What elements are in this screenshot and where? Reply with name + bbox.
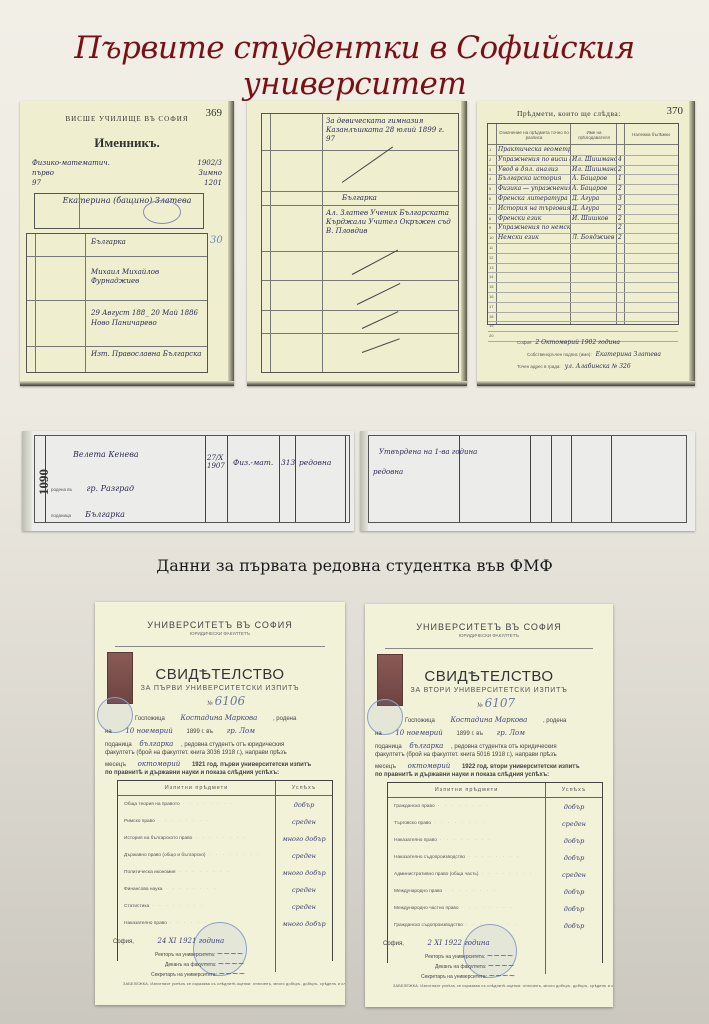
exam-subject: Обща теория на правото <box>124 802 180 807</box>
exam-subject: Финансова наука <box>124 887 162 892</box>
exam-subject: Административно право (обща часть) <box>394 872 478 877</box>
exam-subject: Статистика <box>124 904 149 909</box>
exam-subject: Гражданско право <box>394 804 435 809</box>
birth-date: 10 ноемврий <box>395 729 442 737</box>
subject-row: 15 <box>488 283 678 293</box>
col-teacher: Име на прѣподавателя <box>572 130 616 140</box>
field-semester: Зимно <box>199 169 223 177</box>
certificate-title: СВИДѢТЕЛСТВО <box>365 668 613 685</box>
exam-grade: много добър <box>276 869 332 877</box>
subject-name: Немски език <box>498 234 570 241</box>
teacher-name: Л. Бояджиев <box>572 234 616 241</box>
subject-row: 5Физика — упражненияА. Бацаров2 <box>488 185 678 195</box>
grading-note: ЗАБЕЛЕЖКА. Изпитният успѣхъ се изразява … <box>393 984 613 988</box>
exam-subject: Търговско право <box>394 821 431 826</box>
exam-grade: много добър <box>276 920 332 928</box>
col-subject: Изпитни прѣдмети <box>118 781 276 795</box>
book-number: 313 <box>281 458 295 467</box>
hours: 3 <box>618 195 622 202</box>
exam-month: октомврий <box>408 762 451 770</box>
ledger-right: Утвърдена на 1-ва година редовна <box>360 431 695 531</box>
row-birth-value: 29 Август 188_ 20 Май 1886 Ново Паничаре… <box>91 308 203 328</box>
row-parents-value: Михаил Михайлов Фурнаджиев <box>91 268 191 286</box>
subject-name: Упражнения по висш анализ <box>498 156 570 163</box>
grade-row: Наказателно съдопроизводство· · · · · · … <box>388 849 602 866</box>
subject-row: 6Френска литератураД. Агура3 <box>488 195 678 205</box>
hours: 2 <box>618 224 622 231</box>
side-number: 30 <box>210 235 223 246</box>
row-nationality-value: Българка <box>91 238 126 246</box>
field-faculty-book-no: 97 <box>32 179 41 187</box>
subject-name: Френски език <box>498 215 570 222</box>
hours: 4 <box>618 156 622 163</box>
grade-row: Гражданско право· · · · · · · ·добър <box>388 798 602 815</box>
col-subject: Означение на прѣдмета точно по разписа <box>498 130 570 140</box>
exam-grade: добър <box>276 801 332 809</box>
register-page-1: ВИСШЕ УЧИЛИЩЕ ВЪ СОФИЯ 369 Именникъ. Физ… <box>20 101 234 386</box>
subject-name: Увод в дял. анализ <box>498 166 570 173</box>
subject-row: 8Френски езикИ. Шишков2 <box>488 215 678 225</box>
subject-row: 9Упражнения по немски2 <box>488 224 678 234</box>
field-academic-year: 1902/3 <box>197 159 222 167</box>
student-name: Велета Кенева <box>73 450 139 459</box>
address: ул. Алабинска № 326 <box>565 363 631 370</box>
faculty-book: 3036 1918 г.), направи прѣзъ <box>207 750 287 756</box>
grade-row: История на българското право· · · · · · … <box>118 830 332 847</box>
subject-row: 1Практическа геометрия <box>488 146 678 156</box>
teacher-name: А. Бацаров <box>572 185 616 192</box>
row-religion-value: Изт. Православна Българска <box>91 350 203 359</box>
exam-subject: Гражданско съдопроизводство <box>394 923 463 928</box>
certificate-number: 6106 <box>215 694 246 708</box>
col-notes: Належка бълѣжки <box>626 132 676 137</box>
subject-name: Практическа геометрия <box>498 146 570 153</box>
teacher-name: Д. Агура <box>572 205 616 212</box>
teacher-name: Ил. Шишманов <box>572 156 616 163</box>
exam-grade: среден <box>276 852 332 860</box>
subjects-heading: Прѣдмети, които ще слѣдва: <box>517 109 621 118</box>
subject-name: Упражнения по немски <box>498 224 570 231</box>
exam-subject: Римско право <box>124 819 155 824</box>
exam-grade: среден <box>276 818 332 826</box>
subject-name: Френска литература <box>498 195 570 202</box>
grade-row: Римско право· · · · · · · ·среден <box>118 813 332 830</box>
teacher-name: А. Бацаров <box>572 175 616 182</box>
subjects-table: Означение на прѣдмета точно по разписа И… <box>487 123 679 325</box>
grade-row: Международно частно право· · · · · · · ·… <box>388 900 602 917</box>
hours: 2 <box>618 166 622 173</box>
grade-row: Международно право· · · · · · · ·добър <box>388 883 602 900</box>
page-number: 370 <box>667 105 684 117</box>
citizenship: българка <box>139 740 173 748</box>
subject-row: 3Увод в дял. анализИл. Шишманов2 <box>488 166 678 176</box>
grade-row: Наказателно право· · · · · · · ·добър <box>388 832 602 849</box>
exam-grade: среден <box>546 871 602 879</box>
grade-row: Държавно право (общо и българско)· · · ·… <box>118 847 332 864</box>
section-subtitle: Данни за първата редовна студентка във Ф… <box>0 556 709 575</box>
subject-row: 2Упражнения по висш анализИл. Шишманов4 <box>488 156 678 166</box>
hours: 1 <box>618 175 622 182</box>
university-name: УНИВЕРСИТЕТЪ ВЪ СОФИЯ <box>95 620 345 630</box>
faculty: Физ.-мат. <box>233 458 273 467</box>
dean-signature: ~~~~ <box>488 961 515 970</box>
grading-note: ЗАБЕЛЕЖКА. Изпитният успѣхъ се изразява … <box>123 982 345 986</box>
subject-row: 17 <box>488 303 678 313</box>
exam-grade: добър <box>546 854 602 862</box>
subject-name: История на търговията <box>498 205 570 212</box>
page-number: 369 <box>206 107 223 119</box>
nationality: Българка <box>85 510 125 519</box>
exam-grade: добър <box>546 888 602 896</box>
faculty-name: ЮРИДИЧЕСКИ ФАКУЛТЕТЪ <box>365 633 613 638</box>
hours: 2 <box>618 185 622 192</box>
hours: 2 <box>618 234 622 241</box>
grade-row: Търговско право· · · · · · · ·среден <box>388 815 602 832</box>
faculty-book: 5016 1918 г.), направи прѣзъ <box>477 752 557 758</box>
certificate-subtitle: ЗА ПЪРВИ УНИВЕРСИТЕТСКИ ИЗПИТЪ <box>95 685 345 692</box>
certificate-subtitle: ЗА ВТОРИ УНИВЕРСИТЕТСКИ ИЗПИТЪ <box>365 687 613 694</box>
register-table-2: За девическата гимназия Казанлъшката 28 … <box>261 113 459 373</box>
university-name: УНИВЕРСИТЕТЪ ВЪ СОФИЯ <box>365 622 613 632</box>
grade-row: Политическа икономия· · · · · · · ·много… <box>118 864 332 881</box>
subject-row: 16 <box>488 293 678 303</box>
col-subject: Изпитни прѣдмети <box>388 783 546 797</box>
page-title: Първите студентки в Софийския университе… <box>0 30 709 102</box>
subject-row: 4Българска историяА. Бацаров1 <box>488 175 678 185</box>
birth-place: гр. Лом <box>497 729 525 737</box>
ledger-note: Утвърдена на 1-ва година <box>379 448 477 456</box>
document-box <box>34 193 204 229</box>
subject-row: 10Немски езикЛ. Бояджиев2 <box>488 234 678 244</box>
secretary-signature: ~~~~ <box>488 971 515 980</box>
ledger-left: 1090 Велета Кенева родена въ гр. Разград… <box>22 431 354 531</box>
exam-subject: Наказателно право <box>394 838 437 843</box>
row-father-value: Ал. Златев Ученик Българската Кърджали У… <box>326 209 454 236</box>
status: редовна <box>299 458 331 467</box>
grade-row: Статистика· · · · · · · ·среден <box>118 898 332 915</box>
row-religion-value: Българка <box>342 194 377 202</box>
certificate-second-exam: УНИВЕРСИТЕТЪ ВЪ СОФИЯ ЮРИДИЧЕСКИ ФАКУЛТЕ… <box>365 604 613 1007</box>
exam-grade: среден <box>546 820 602 828</box>
col-grade: Успѣхъ <box>276 785 332 791</box>
enroll-date: 27/X 1907 <box>207 454 227 470</box>
rector-signature: ~~~~ <box>217 949 244 958</box>
certificate-first-exam: УНИВЕРСИТЕТЪ ВЪ СОФИЯ ЮРИДИЧЕСКИ ФАКУЛТЕ… <box>95 602 345 1005</box>
teacher-name: Ил. Шишманов <box>572 166 616 173</box>
register-page-2: За девическата гимназия Казанлъшката 28 … <box>247 101 467 386</box>
exam-grade: много добър <box>276 835 332 843</box>
subject-row: 14 <box>488 273 678 283</box>
subject-name: Българска история <box>498 175 570 182</box>
ledger-note-2: редовна <box>373 468 403 476</box>
subject-row: 18 <box>488 313 678 323</box>
register-page-3: Прѣдмети, които ще слѣдва: 370 Означение… <box>477 101 695 386</box>
teacher-name: Д. Агура <box>572 195 616 202</box>
entry-number: 1090 <box>36 469 52 495</box>
grade-row: Административно право (обща часть)· · · … <box>388 866 602 883</box>
hours: 2 <box>618 215 622 222</box>
grade-row: Обща теория на правото· · · · · · · ·доб… <box>118 796 332 813</box>
exam-month: октомврий <box>138 760 181 768</box>
secretary-signature: ~~~~ <box>218 969 245 978</box>
exam-subject: Държавно право (общо и българско) <box>124 853 206 858</box>
subject-row: 12 <box>488 254 678 264</box>
rector-signature: ~~~~ <box>487 951 514 960</box>
exam-grade: добър <box>546 922 602 930</box>
register-heading: Именникъ. <box>20 135 234 151</box>
birth-date: 10 ноемврий <box>125 727 172 735</box>
certificate-number: 6107 <box>485 696 516 710</box>
exam-subject: Наказателно право <box>124 921 167 926</box>
exam-subject: История на българското право <box>124 836 192 841</box>
exam-subject: Наказателно съдопроизводство <box>394 855 465 860</box>
birthplace: гр. Разград <box>86 484 134 493</box>
dean-signature: ~~~~ <box>218 959 245 968</box>
register-header: ВИСШЕ УЧИЛИЩЕ ВЪ СОФИЯ <box>20 115 234 123</box>
field-university-book-no: 1201 <box>204 179 222 187</box>
field-semester-enrolled: първо <box>32 169 54 177</box>
row-school-value: За девическата гимназия Казанлъшката 28 … <box>326 117 454 144</box>
student-name: Костадина Маркова <box>181 714 258 722</box>
grade-row: Финансова наука· · · · · · · ·среден <box>118 881 332 898</box>
exam-grade: добър <box>546 837 602 845</box>
col-grade: Успѣхъ <box>546 787 602 793</box>
faculty-name: ЮРИДИЧЕСКИ ФАКУЛТЕТЪ <box>95 631 345 636</box>
subject-row: 7История на търговиятаД. Агура2 <box>488 205 678 215</box>
teacher-name: И. Шишков <box>572 215 616 222</box>
exam-grade: среден <box>276 886 332 894</box>
subject-name: Физика — упражнения <box>498 185 570 192</box>
field-faculty: Физико-математич. <box>32 159 110 167</box>
student-name: Костадина Маркова <box>451 716 528 724</box>
exam-grade: добър <box>546 803 602 811</box>
certificate-title: СВИДѢТЕЛСТВО <box>95 666 345 683</box>
subject-row: 13 <box>488 264 678 274</box>
exam-subject: Политическа икономия <box>124 870 176 875</box>
citizenship: българка <box>409 742 443 750</box>
subject-row: 11 <box>488 244 678 254</box>
exam-subject: Международно частно право <box>394 906 459 911</box>
register-table: Българка Михаил Михайлов Фурнаджиев 29 А… <box>26 233 208 373</box>
exam-subject: Международно право <box>394 889 442 894</box>
hours: 2 <box>618 205 622 212</box>
issue-date: 24 XI 1921 година <box>158 937 225 945</box>
birth-place: гр. Лом <box>227 727 255 735</box>
issue-date: 2 XI 1922 година <box>428 939 490 947</box>
exam-grade: среден <box>276 903 332 911</box>
exam-grade: добър <box>546 905 602 913</box>
